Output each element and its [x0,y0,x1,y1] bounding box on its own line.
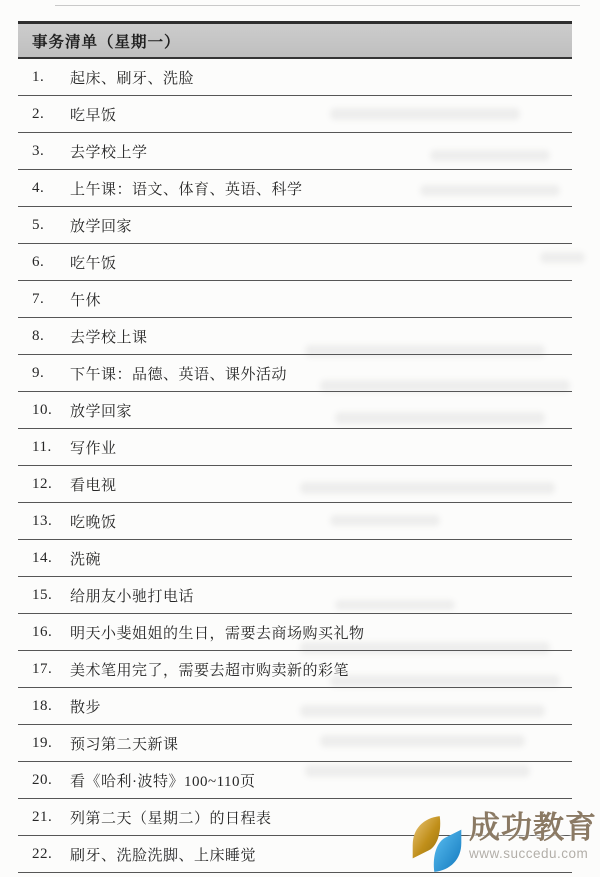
item-text: 起床、刷牙、洗脸 [70,67,194,88]
item-text: 放学回家 [70,215,132,236]
item-text: 吃早饭 [70,104,117,125]
item-text: 给朋友小驰打电话 [70,585,194,606]
item-number: 10. [32,402,56,419]
item-text: 列第二天（星期二）的日程表 [70,807,272,828]
succedu-logo-icon [410,814,464,874]
table-row: 11. 写作业 [18,429,572,466]
table-row: 19. 预习第二天新课 [18,725,572,762]
table-row: 20. 看《哈利·波特》100~110页 [18,762,572,799]
item-text: 看电视 [70,474,117,495]
table-row: 15. 给朋友小驰打电话 [18,577,572,614]
table-row: 13. 吃晚饭 [18,503,572,540]
watermark-brand-text: 成功教育 [469,812,597,845]
item-number: 6. [32,254,56,271]
item-text: 预习第二天新课 [70,733,179,754]
item-text: 去学校上学 [70,141,148,162]
item-number: 22. [32,846,56,863]
table-row: 10. 放学回家 [18,392,572,429]
item-text: 洗碗 [70,548,101,569]
watermark-text-block: 成功教育 www.succedu.com [469,812,597,861]
table-row: 18. 散步 [18,688,572,725]
table-row: 14. 洗碗 [18,540,572,577]
item-number: 1. [32,69,56,86]
item-number: 17. [32,661,56,678]
item-text: 上午课：语文、体育、英语、科学 [70,178,303,199]
item-text: 吃晚饭 [70,511,117,532]
item-text: 下午课：品德、英语、课外活动 [70,363,287,384]
table-row: 1. 起床、刷牙、洗脸 [18,59,572,96]
item-number: 15. [32,587,56,604]
item-number: 3. [32,143,56,160]
task-list-table: 事务清单（星期一） 1. 起床、刷牙、洗脸 2. 吃早饭 3. 去学校上学 4.… [18,21,572,873]
table-row: 9. 下午课：品德、英语、课外活动 [18,355,572,392]
item-number: 11. [32,439,56,456]
succedu-watermark: 成功教育 www.succedu.com [410,812,597,874]
table-row: 4. 上午课：语文、体育、英语、科学 [18,170,572,207]
watermark-url-text: www.succedu.com [469,846,588,861]
item-number: 20. [32,772,56,789]
item-number: 13. [32,513,56,530]
table-row: 2. 吃早饭 [18,96,572,133]
item-text: 散步 [70,696,101,717]
item-number: 18. [32,698,56,715]
table-row: 12. 看电视 [18,466,572,503]
item-number: 5. [32,217,56,234]
item-text: 午休 [70,289,101,310]
table-row: 3. 去学校上学 [18,133,572,170]
item-number: 21. [32,809,56,826]
item-number: 9. [32,365,56,382]
item-number: 8. [32,328,56,345]
item-number: 4. [32,180,56,197]
item-text: 明天小斐姐姐的生日，需要去商场购买礼物 [70,622,365,643]
table-row: 17. 美术笔用完了，需要去超市购卖新的彩笔 [18,651,572,688]
table-row: 16. 明天小斐姐姐的生日，需要去商场购买礼物 [18,614,572,651]
scan-edge-line [55,5,580,6]
table-row: 6. 吃午饭 [18,244,572,281]
item-text: 去学校上课 [70,326,148,347]
item-number: 12. [32,476,56,493]
item-text: 吃午饭 [70,252,117,273]
item-number: 14. [32,550,56,567]
table-header: 事务清单（星期一） [18,24,572,59]
item-number: 2. [32,106,56,123]
item-text: 写作业 [70,437,117,458]
item-text: 看《哈利·波特》100~110页 [70,770,256,791]
item-text: 放学回家 [70,400,132,421]
item-text: 美术笔用完了，需要去超市购卖新的彩笔 [70,659,349,680]
table-row: 7. 午休 [18,281,572,318]
table-row: 8. 去学校上课 [18,318,572,355]
item-number: 16. [32,624,56,641]
table-row: 5. 放学回家 [18,207,572,244]
item-number: 7. [32,291,56,308]
table-title: 事务清单（星期一） [32,30,181,52]
item-text: 刷牙、洗脸洗脚、上床睡觉 [70,844,256,865]
item-number: 19. [32,735,56,752]
